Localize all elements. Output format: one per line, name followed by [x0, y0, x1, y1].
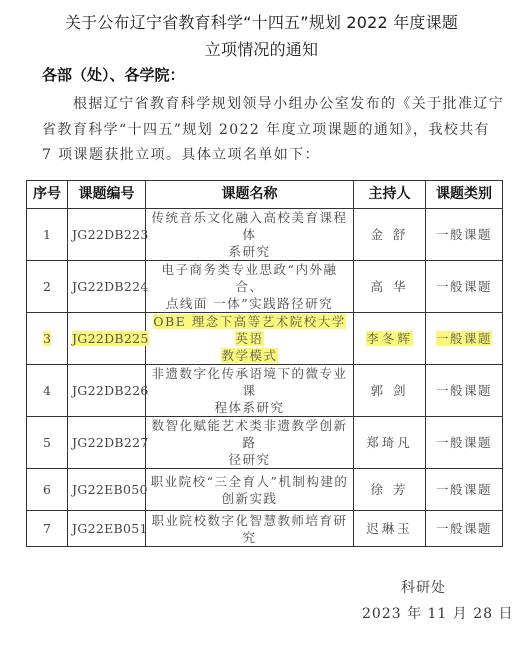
cell-code-text: JG22DB223	[72, 227, 149, 242]
cell-no: 3	[27, 313, 68, 365]
cell-code: JG22EB051	[68, 511, 146, 547]
cell-code: JG22DB224	[68, 261, 146, 313]
cell-name-line1: 非遗数字化传承语境下的微专业课	[151, 366, 347, 398]
cell-name-line2: 程体系研究	[214, 400, 284, 415]
cell-no-text: 7	[43, 521, 51, 536]
cell-name-line2: 教学模式	[221, 348, 277, 363]
cell-type: 一般课题	[426, 469, 503, 511]
cell-host: 郑琦凡	[354, 417, 426, 469]
table-row: 6JG22EB050职业院校“三全育人”机制构建的创新实践徐 芳一般课题	[27, 469, 503, 511]
table-row: 7JG22EB051职业院校数字化智慧教师培育研究迟琳玉一般课题	[27, 511, 503, 547]
cell-code-text: JG22DB224	[72, 279, 149, 294]
cell-no-text: 3	[43, 331, 51, 346]
cell-code-text: JG22DB225	[72, 331, 149, 346]
cell-no-text: 2	[43, 279, 51, 294]
document-title-line2: 立项情况的通知	[0, 37, 523, 60]
paragraph-line-2: 省教育科学“十四五”规划 2022 年度立项课题的通知》，我校共有	[42, 119, 492, 139]
cell-name-line1: 电子商务类专业思政“内外融合、	[162, 262, 338, 294]
cell-name: 非遗数字化传承语境下的微专业课程体系研究	[146, 365, 354, 417]
cell-type: 一般课题	[426, 209, 503, 261]
table-header-row: 序号 课题编号 课题名称 主持人 课题类别	[27, 181, 503, 209]
cell-no-text: 5	[43, 435, 51, 450]
footer-date: 2023 年 11 月 28 日	[362, 603, 514, 623]
cell-host-text: 迟琳玉	[366, 521, 413, 536]
header-name: 课题名称	[146, 181, 354, 209]
cell-type-text: 一般课题	[436, 435, 492, 450]
cell-no: 2	[27, 261, 68, 313]
cell-no-text: 6	[43, 482, 51, 497]
project-list-table: 序号 课题编号 课题名称 主持人 课题类别 1JG22DB223传统音乐文化融入…	[26, 180, 503, 547]
table-row: 4JG22DB226非遗数字化传承语境下的微专业课程体系研究郭 剑一般课题	[27, 365, 503, 417]
cell-no: 7	[27, 511, 68, 547]
cell-code: JG22DB227	[68, 417, 146, 469]
paragraph-line-3: 7 项课题获批立项。具体立项名单如下：	[42, 144, 492, 164]
cell-name-line1: 传统音乐文化融入高校美育课程体	[151, 210, 347, 242]
cell-type-text: 一般课题	[436, 227, 492, 242]
cell-type: 一般课题	[426, 313, 503, 365]
cell-type-text: 一般课题	[436, 521, 492, 536]
cell-code: JG22DB225	[68, 313, 146, 365]
cell-host: 高 华	[354, 261, 426, 313]
header-no: 序号	[27, 181, 68, 209]
table-row: 3JG22DB225OBE 理念下高等艺术院校大学英语教学模式李冬辉一般课题	[27, 313, 503, 365]
cell-name-line2: 点线面 一体”实践路径研究	[166, 296, 333, 311]
cell-name: 电子商务类专业思政“内外融合、点线面 一体”实践路径研究	[146, 261, 354, 313]
cell-name-line2: 创新实践	[221, 491, 277, 506]
cell-name: 数智化赋能艺术类非遗教学创新路径研究	[146, 417, 354, 469]
paragraph-line-1: 根据辽宁省教育科学规划领导小组办公室发布的《关于批准辽宁	[73, 93, 523, 113]
cell-host-text: 金 舒	[371, 227, 409, 242]
cell-no: 6	[27, 469, 68, 511]
cell-code-text: JG22EB051	[72, 521, 148, 536]
cell-name: OBE 理念下高等艺术院校大学英语教学模式	[146, 313, 354, 365]
cell-host: 李冬辉	[354, 313, 426, 365]
cell-no-text: 4	[43, 383, 51, 398]
cell-type-text: 一般课题	[436, 383, 492, 398]
cell-code: JG22DB223	[68, 209, 146, 261]
cell-name-line1: 职业院校“三全育人”机制构建的	[151, 474, 349, 489]
cell-no: 5	[27, 417, 68, 469]
cell-no: 1	[27, 209, 68, 261]
footer-department: 科研处	[401, 577, 446, 597]
cell-code: JG22DB226	[68, 365, 146, 417]
cell-name: 职业院校数字化智慧教师培育研究	[146, 511, 354, 547]
cell-code-text: JG22DB227	[72, 435, 149, 450]
cell-name-line2: 系研究	[228, 244, 270, 259]
cell-name-line1: OBE 理念下高等艺术院校大学英语	[153, 314, 346, 346]
cell-no-text: 1	[43, 227, 51, 242]
cell-name: 职业院校“三全育人”机制构建的创新实践	[146, 469, 354, 511]
cell-type-text: 一般课题	[436, 279, 492, 294]
document-title-line1: 关于公布辽宁省教育科学“十四五”规划 2022 年度课题	[0, 10, 523, 33]
cell-type: 一般课题	[426, 365, 503, 417]
header-code: 课题编号	[68, 181, 146, 209]
cell-host-text: 徐 芳	[371, 482, 409, 497]
header-type: 课题类别	[426, 181, 503, 209]
cell-name-line1: 职业院校数字化智慧教师培育研究	[151, 513, 347, 545]
cell-host: 金 舒	[354, 209, 426, 261]
cell-type: 一般课题	[426, 511, 503, 547]
cell-name-line1: 数智化赋能艺术类非遗教学创新路	[151, 418, 347, 450]
cell-host-text: 李冬辉	[366, 331, 413, 346]
cell-code-text: JG22EB050	[72, 482, 148, 497]
cell-name-line2: 径研究	[228, 452, 270, 467]
cell-type: 一般课题	[426, 261, 503, 313]
cell-no: 4	[27, 365, 68, 417]
table-row: 2JG22DB224电子商务类专业思政“内外融合、点线面 一体”实践路径研究高 …	[27, 261, 503, 313]
cell-code-text: JG22DB226	[72, 383, 149, 398]
cell-type-text: 一般课题	[436, 482, 492, 497]
cell-host-text: 高 华	[371, 279, 409, 294]
cell-name: 传统音乐文化融入高校美育课程体系研究	[146, 209, 354, 261]
table-row: 1JG22DB223传统音乐文化融入高校美育课程体系研究金 舒一般课题	[27, 209, 503, 261]
table-row: 5JG22DB227数智化赋能艺术类非遗教学创新路径研究郑琦凡一般课题	[27, 417, 503, 469]
cell-type-text: 一般课题	[436, 331, 492, 346]
cell-code: JG22EB050	[68, 469, 146, 511]
cell-type: 一般课题	[426, 417, 503, 469]
cell-host-text: 郭 剑	[371, 383, 409, 398]
salutation: 各部（处）、各学院：	[42, 64, 185, 85]
cell-host: 徐 芳	[354, 469, 426, 511]
cell-host: 郭 剑	[354, 365, 426, 417]
header-host: 主持人	[354, 181, 426, 209]
cell-host-text: 郑琦凡	[366, 435, 413, 450]
cell-host: 迟琳玉	[354, 511, 426, 547]
